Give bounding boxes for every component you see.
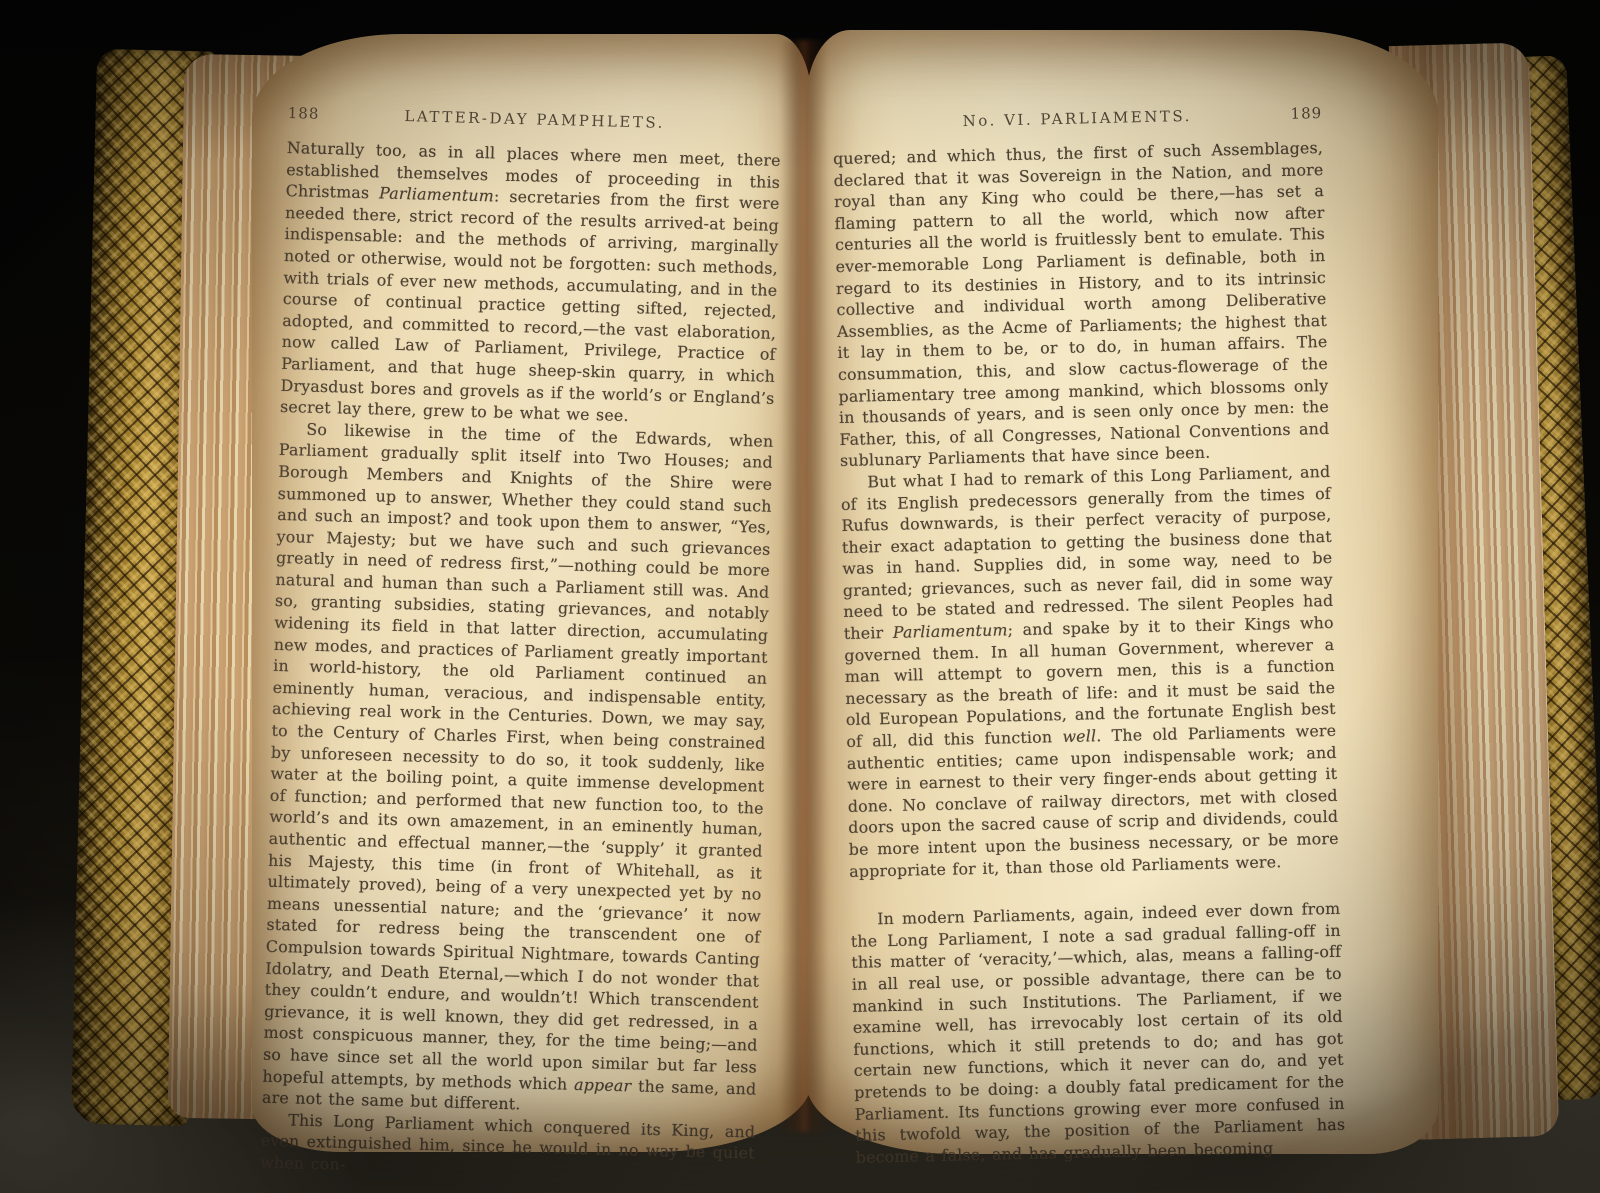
page-body-right: quered; and which thus, the first of suc… <box>833 137 1346 1168</box>
page-body-left: Naturally too, as in all places where me… <box>260 137 781 1186</box>
photo-background: 188 LATTER-DAY PAMPHLETS. Naturally too,… <box>0 0 1600 1193</box>
running-title-right: No. VI. PARLIAMENTS. <box>962 107 1192 130</box>
running-head-right: No. VI. PARLIAMENTS. 189 <box>832 104 1322 133</box>
paragraph: Naturally too, as in all places where me… <box>280 137 781 431</box>
page-text-right: No. VI. PARLIAMENTS. 189 quered; and whi… <box>832 104 1346 1168</box>
page-number-left: 188 <box>288 104 405 125</box>
page-number-right: 189 <box>1192 104 1323 125</box>
book-page-left: 188 LATTER-DAY PAMPHLETS. Naturally too,… <box>252 34 812 1152</box>
paragraph: In modern Parliaments, again, indeed eve… <box>850 898 1346 1168</box>
book-page-right: No. VI. PARLIAMENTS. 189 quered; and whi… <box>806 30 1438 1154</box>
page-text-left: 188 LATTER-DAY PAMPHLETS. Naturally too,… <box>260 104 782 1186</box>
paragraph: So likewise in the time of the Edwards, … <box>262 418 774 1122</box>
running-head-left: 188 LATTER-DAY PAMPHLETS. <box>288 104 782 135</box>
running-head-spacer <box>665 128 782 131</box>
running-head-spacer <box>832 126 962 129</box>
running-title-left: LATTER-DAY PAMPHLETS. <box>404 107 665 132</box>
paragraph: But what I had to remark of this Long Pa… <box>840 461 1339 882</box>
paragraph: quered; and which thus, the first of suc… <box>833 137 1330 472</box>
paragraph: This Long Parliament which conquered its… <box>260 1108 756 1186</box>
book-gutter-shadow <box>780 40 828 1132</box>
